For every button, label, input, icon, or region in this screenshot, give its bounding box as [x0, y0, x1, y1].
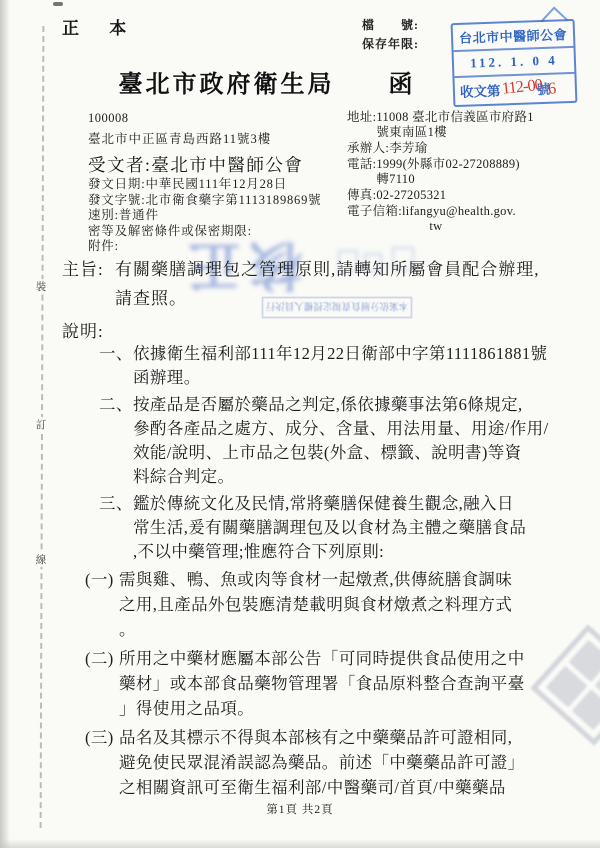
contact-person-row: 承辦人: 李芳瑜: [347, 141, 534, 156]
item-marker: 一、: [99, 342, 133, 390]
meta-issue-date: 發文日期:中華民國111年12月28日: [88, 177, 321, 193]
contact-address-value: 11008 臺北市信義區市府路1 號東南區1樓: [376, 110, 533, 140]
document-title: 臺北市政府衛生局 函: [0, 64, 567, 99]
item-marker: (一): [85, 567, 119, 642]
contact-email-label: 電子信箱:: [347, 204, 402, 234]
item-text: 鑑於傳統文化及民情,常將藥膳保健養生觀念,融入日 常生活,爰有關藥膳調理包及以食…: [133, 492, 526, 564]
binding-char-zhuang: 裝: [34, 279, 48, 294]
file-number-block: 檔 號: 保存年限:: [362, 16, 419, 54]
list-item: 二、 按產品是否屬於藥品之判定,係依據藥事法第6條規定, 參酌各產品之處方、成分…: [62, 393, 562, 489]
contact-phone-label: 電話:: [347, 157, 376, 187]
item-text: 按產品是否屬於藥品之判定,係依據藥事法第6條規定, 參酌各產品之處方、成分、含量…: [133, 393, 549, 489]
subject-block: 主旨: 有關藥膳調理包之管理原則,請轉知所屬會員配合辦理, 請查照。: [62, 256, 540, 313]
meta-speed: 速別:普通件: [88, 208, 321, 224]
scanned-official-letter: 裝 訂 線 正 本 檔 號: 保存年限: 台北市中醫師公會 112. 1. 0 …: [0, 0, 600, 848]
contact-block: 地址: 11008 臺北市信義區市府路1 號東南區1樓 承辦人: 李芳瑜 電話:…: [347, 110, 534, 235]
item-marker: (三): [85, 725, 119, 800]
recipient-line: 受文者:臺北市中醫師公會: [88, 152, 303, 177]
contact-phone-row: 電話: 1999(外縣市02-27208889) 轉7110: [347, 157, 534, 187]
list-subitem: (二) 所用之中藥材應屬本部公告「可同時提供食品使用之中 藥材」或本部食品藥物管…: [62, 646, 562, 721]
contact-email-row: 電子信箱: lifangyu@health.gov. tw: [347, 204, 534, 234]
copy-type-label: 正 本: [62, 14, 139, 39]
recipient-zip: 100008: [88, 111, 303, 126]
meta-doc-number: 發文字號:北市衛食藥字第1113189869號: [88, 193, 321, 209]
file-no-label: 檔 號:: [362, 16, 419, 35]
binding-char-xian: 線: [34, 552, 48, 567]
list-item: 一、 依據衛生福利部111年12月22日衛部中字第1111861881號 函辦理…: [62, 342, 562, 390]
stamp-fold-mark: [536, 5, 571, 22]
stamp-org-name: 台北市中醫師公會: [453, 21, 574, 52]
item-text: 所用之中藥材應屬本部公告「可同時提供食品使用之中 藥材」或本部食品藥物管理署「食…: [119, 646, 525, 721]
page-number-footer: 第1頁 共2頁: [0, 801, 600, 817]
explanation-items: 一、 依據衛生福利部111年12月22日衛部中字第1111861881號 函辦理…: [62, 342, 562, 804]
subject-label: 主旨:: [62, 256, 115, 313]
subject-text: 有關藥膳調理包之管理原則,請轉知所屬會員配合辦理, 請查照。: [115, 256, 540, 313]
item-text: 品名及其標示不得與本部核有之中藥藥品許可證相同, 避免使民眾混淆誤認為藥品。前述…: [119, 725, 525, 800]
item-marker: 二、: [99, 393, 133, 489]
contact-email-value: lifangyu@health.gov. tw: [402, 204, 516, 234]
recipient-block: 100008 臺北市中正區青島西路11號3樓 受文者:臺北市中醫師公會: [88, 111, 303, 177]
scan-edge-bottom: [0, 839, 600, 848]
contact-person-label: 承辦人:: [347, 141, 389, 156]
explanation-label: 說明:: [62, 317, 104, 342]
contact-fax-row: 傳真: 02-27205321: [347, 188, 534, 203]
recipient-address: 臺北市中正區青島西路11號3樓: [88, 129, 303, 147]
list-item: 三、 鑑於傳統文化及民情,常將藥膳保健養生觀念,融入日 常生活,爰有關藥膳調理包…: [62, 492, 562, 564]
retention-label: 保存年限:: [362, 35, 419, 54]
binding-char-ding: 訂: [34, 417, 48, 432]
contact-fax-value: 02-27205321: [376, 188, 446, 203]
list-subitem: (三) 品名及其標示不得與本部核有之中藥藥品許可證相同, 避免使民眾混淆誤認為藥…: [62, 725, 562, 800]
item-text: 依據衛生福利部111年12月22日衛部中字第1111861881號 函辦理。: [133, 342, 547, 390]
contact-address-label: 地址:: [347, 110, 376, 140]
item-text: 需與雞、鴨、魚或肉等食材一起燉煮,供傳統膳食調味 之用,且產品外包裝應清楚載明與…: [119, 567, 512, 642]
scan-edge-left: [0, 0, 12, 848]
contact-person-value: 李芳瑜: [389, 141, 427, 156]
contact-address-row: 地址: 11008 臺北市信義區市府路1 號東南區1樓: [347, 110, 534, 140]
contact-phone-value: 1999(外縣市02-27208889) 轉7110: [376, 157, 520, 187]
item-marker: (二): [85, 646, 119, 721]
list-subitem: (一) 需與雞、鴨、魚或肉等食材一起燉煮,供傳統膳食調味 之用,且產品外包裝應清…: [62, 567, 562, 642]
item-marker: 三、: [99, 492, 133, 564]
scan-artifact-speck: [53, 2, 63, 6]
contact-fax-label: 傳真:: [347, 188, 376, 203]
